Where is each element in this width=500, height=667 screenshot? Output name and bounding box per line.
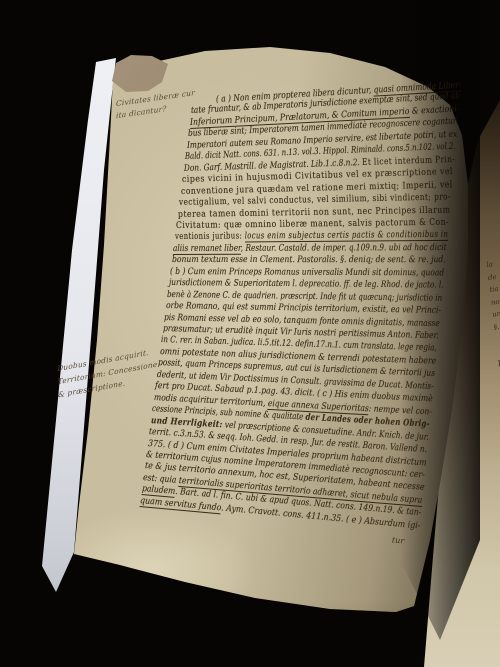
gutter-shadow	[400, 0, 480, 667]
photo-of-open-book: ladetianoun-§. deIpis u( a ) fImpequàmge…	[0, 0, 500, 667]
